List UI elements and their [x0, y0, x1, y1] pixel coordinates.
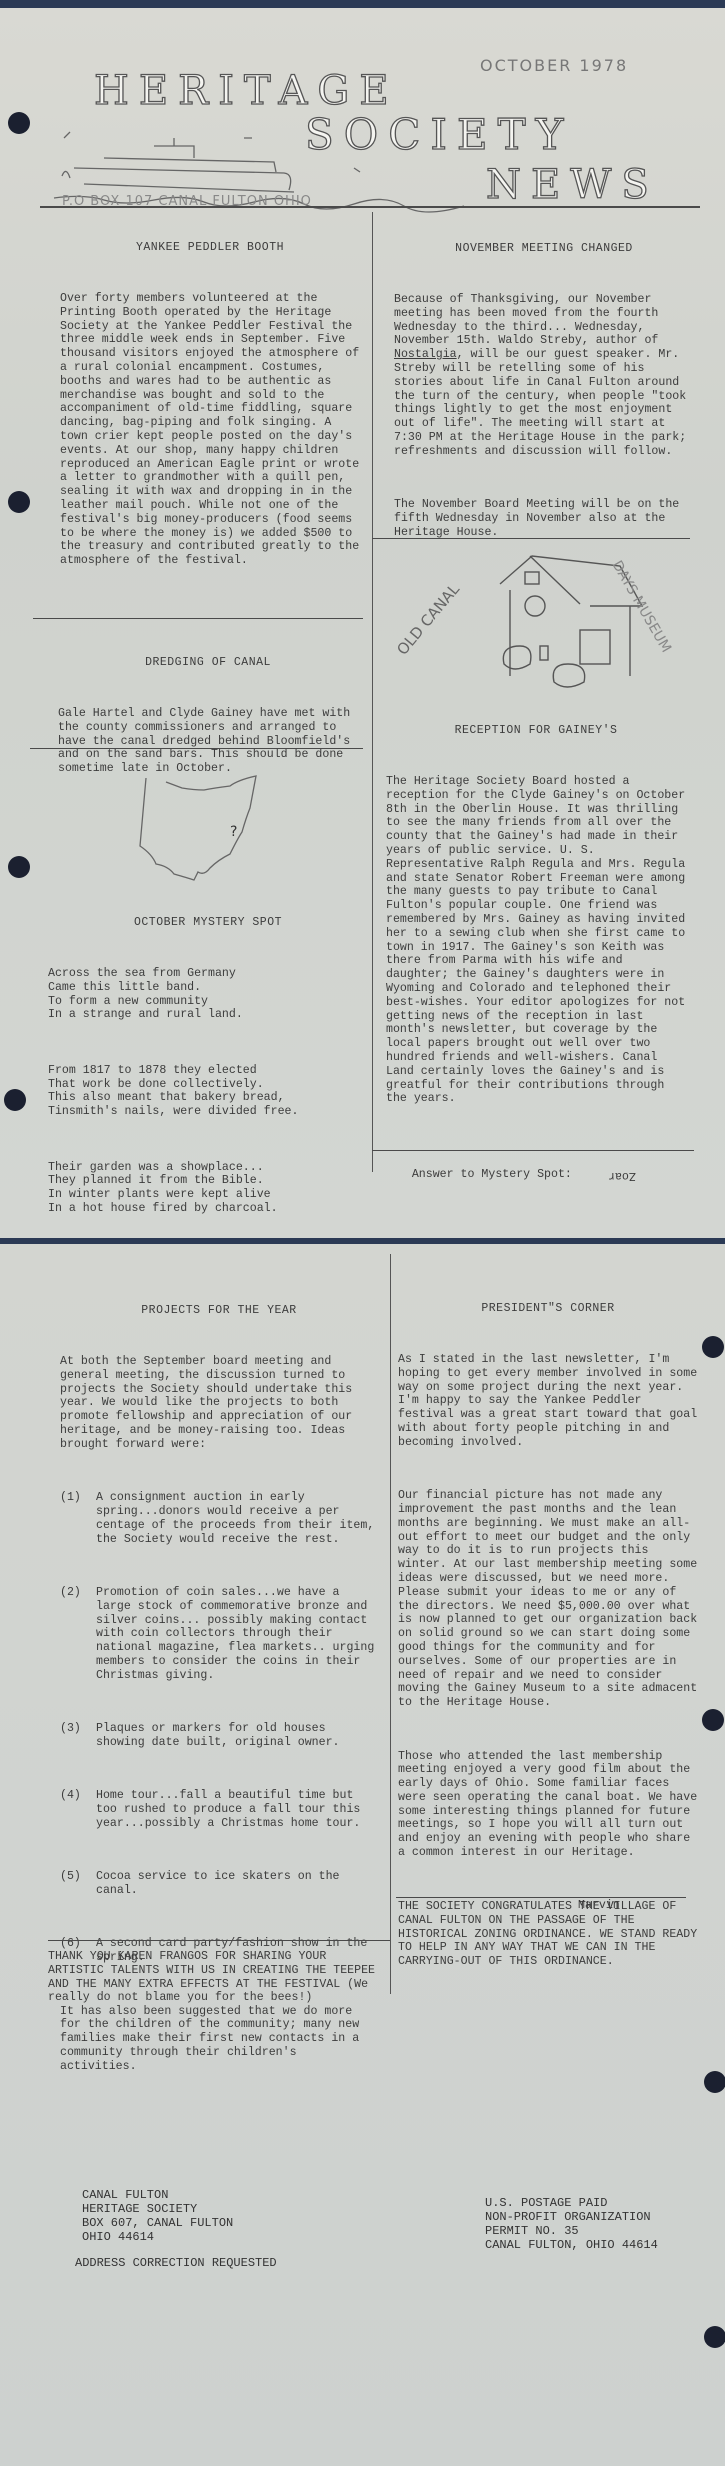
- project-item: (5)Cocoa service to ice skaters on the c…: [60, 1870, 378, 1898]
- project-item: (4)Home tour...fall a beautiful time but…: [60, 1789, 378, 1830]
- article-paragraph: As I stated in the last newsletter, I'm …: [398, 1353, 698, 1450]
- address-correction: ADDRESS CORRECTION REQUESTED: [75, 2256, 277, 2270]
- article-body: Over forty members volunteered at the Pr…: [60, 292, 360, 568]
- answer-value: Zoar: [608, 1168, 636, 1182]
- article-paragraph: Our financial picture has not made any i…: [398, 1489, 698, 1710]
- section-rule: [48, 1940, 390, 1941]
- section-rule: [372, 538, 690, 539]
- section-rule: [396, 1897, 686, 1898]
- newsletter-page-2: PROJECTS FOR THE YEAR At both the Septem…: [0, 1244, 725, 2466]
- article-title: DREDGING OF CANAL: [58, 656, 358, 670]
- punch-hole: [8, 856, 30, 878]
- article-title: YANKEE PEDDLER BOOTH: [60, 241, 360, 255]
- article-closing: It has also been suggested that we do mo…: [60, 2005, 378, 2074]
- canal-boat-drawing-icon: [44, 128, 484, 198]
- postage-indicia: U.S. POSTAGE PAID NON-PROFIT ORGANIZATIO…: [485, 2196, 658, 2252]
- poem-stanza: From 1817 to 1878 they elected That work…: [48, 1064, 368, 1119]
- book-title: Nostalgia: [394, 348, 457, 361]
- thank-you-note: THANK YOU KAREN FRANGOS FOR SHARING YOUR…: [48, 1950, 383, 2005]
- section-rule: [33, 618, 363, 619]
- article-paragraph: Those who attended the last membership m…: [398, 1750, 698, 1860]
- punch-hole: [704, 2326, 725, 2348]
- punch-hole: [702, 1709, 724, 1731]
- article-title: PRESIDENT"S CORNER: [398, 1302, 698, 1316]
- punch-hole: [4, 1089, 26, 1111]
- museum-house-drawing-icon: OLD CANAL DAYS MUSEUM: [380, 546, 700, 696]
- punch-hole: [8, 491, 30, 513]
- poem-stanza: Across the sea from Germany Came this li…: [48, 967, 368, 1022]
- mystery-answer: Answer to Mystery Spot:Zoar: [384, 1154, 684, 1195]
- article-yankee-peddler: YANKEE PEDDLER BOOTH Over forty members …: [60, 213, 360, 608]
- masthead-heritage: HERITAGE: [94, 68, 399, 114]
- section-rule: [372, 1150, 694, 1151]
- article-title: RECEPTION FOR GAINEY'S: [386, 724, 686, 738]
- article-body: Gale Hartel and Clyde Gainey have met wi…: [58, 707, 358, 776]
- punch-hole: [704, 2071, 725, 2093]
- article-body: The Heritage Society Board hosted a rece…: [386, 775, 686, 1106]
- masthead-rule: [40, 206, 700, 208]
- poem-stanza: Their garden was a showplace... They pla…: [48, 1161, 368, 1216]
- article-november-meeting: NOVEMBER MEETING CHANGED Because of Than…: [394, 214, 694, 579]
- masthead-news: NEWS: [486, 162, 659, 208]
- issue-date: OCTOBER 1978: [480, 56, 628, 75]
- article-title: PROJECTS FOR THE YEAR: [60, 1304, 378, 1318]
- return-address: CANAL FULTON HERITAGE SOCIETY BOX 607, C…: [82, 2188, 233, 2244]
- section-rule: [30, 748, 363, 749]
- museum-arc-right: DAYS MUSEUM: [609, 558, 675, 655]
- svg-text:?: ?: [230, 824, 237, 840]
- board-meeting-note: The November Board Meeting will be on th…: [394, 498, 694, 539]
- project-item: (3)Plaques or markers for old houses sho…: [60, 1722, 378, 1750]
- article-body: Because of Thanksgiving, our November me…: [394, 293, 694, 459]
- article-reception: RECEPTION FOR GAINEY'S The Heritage Soci…: [386, 696, 686, 1146]
- article-mystery-spot: OCTOBER MYSTERY SPOT Across the sea from…: [48, 888, 368, 1238]
- congratulations-note: THE SOCIETY CONGRATULATES THE VILLAGE OF…: [398, 1900, 698, 1969]
- project-item: (1)A consignment auction in early spring…: [60, 1491, 378, 1546]
- article-presidents-corner: PRESIDENT"S CORNER As I stated in the la…: [398, 1274, 698, 1941]
- punch-hole: [702, 1336, 724, 1358]
- punch-hole: [8, 112, 30, 134]
- article-title: OCTOBER MYSTERY SPOT: [48, 916, 368, 930]
- answer-label: Answer to Mystery Spot:: [412, 1168, 572, 1181]
- museum-arc-left: OLD CANAL: [393, 580, 463, 659]
- column-divider: [390, 1254, 391, 1994]
- newsletter-page-1: HERITAGE SOCIETY NEWS OCTOBER 1978 P.O B…: [0, 8, 725, 1238]
- ohio-map-drawing-icon: ?: [138, 768, 288, 888]
- column-divider: [372, 212, 373, 1172]
- article-title: NOVEMBER MEETING CHANGED: [394, 242, 694, 256]
- article-intro: At both the September board meeting and …: [60, 1355, 378, 1452]
- project-item: (2)Promotion of coin sales...we have a l…: [60, 1586, 378, 1683]
